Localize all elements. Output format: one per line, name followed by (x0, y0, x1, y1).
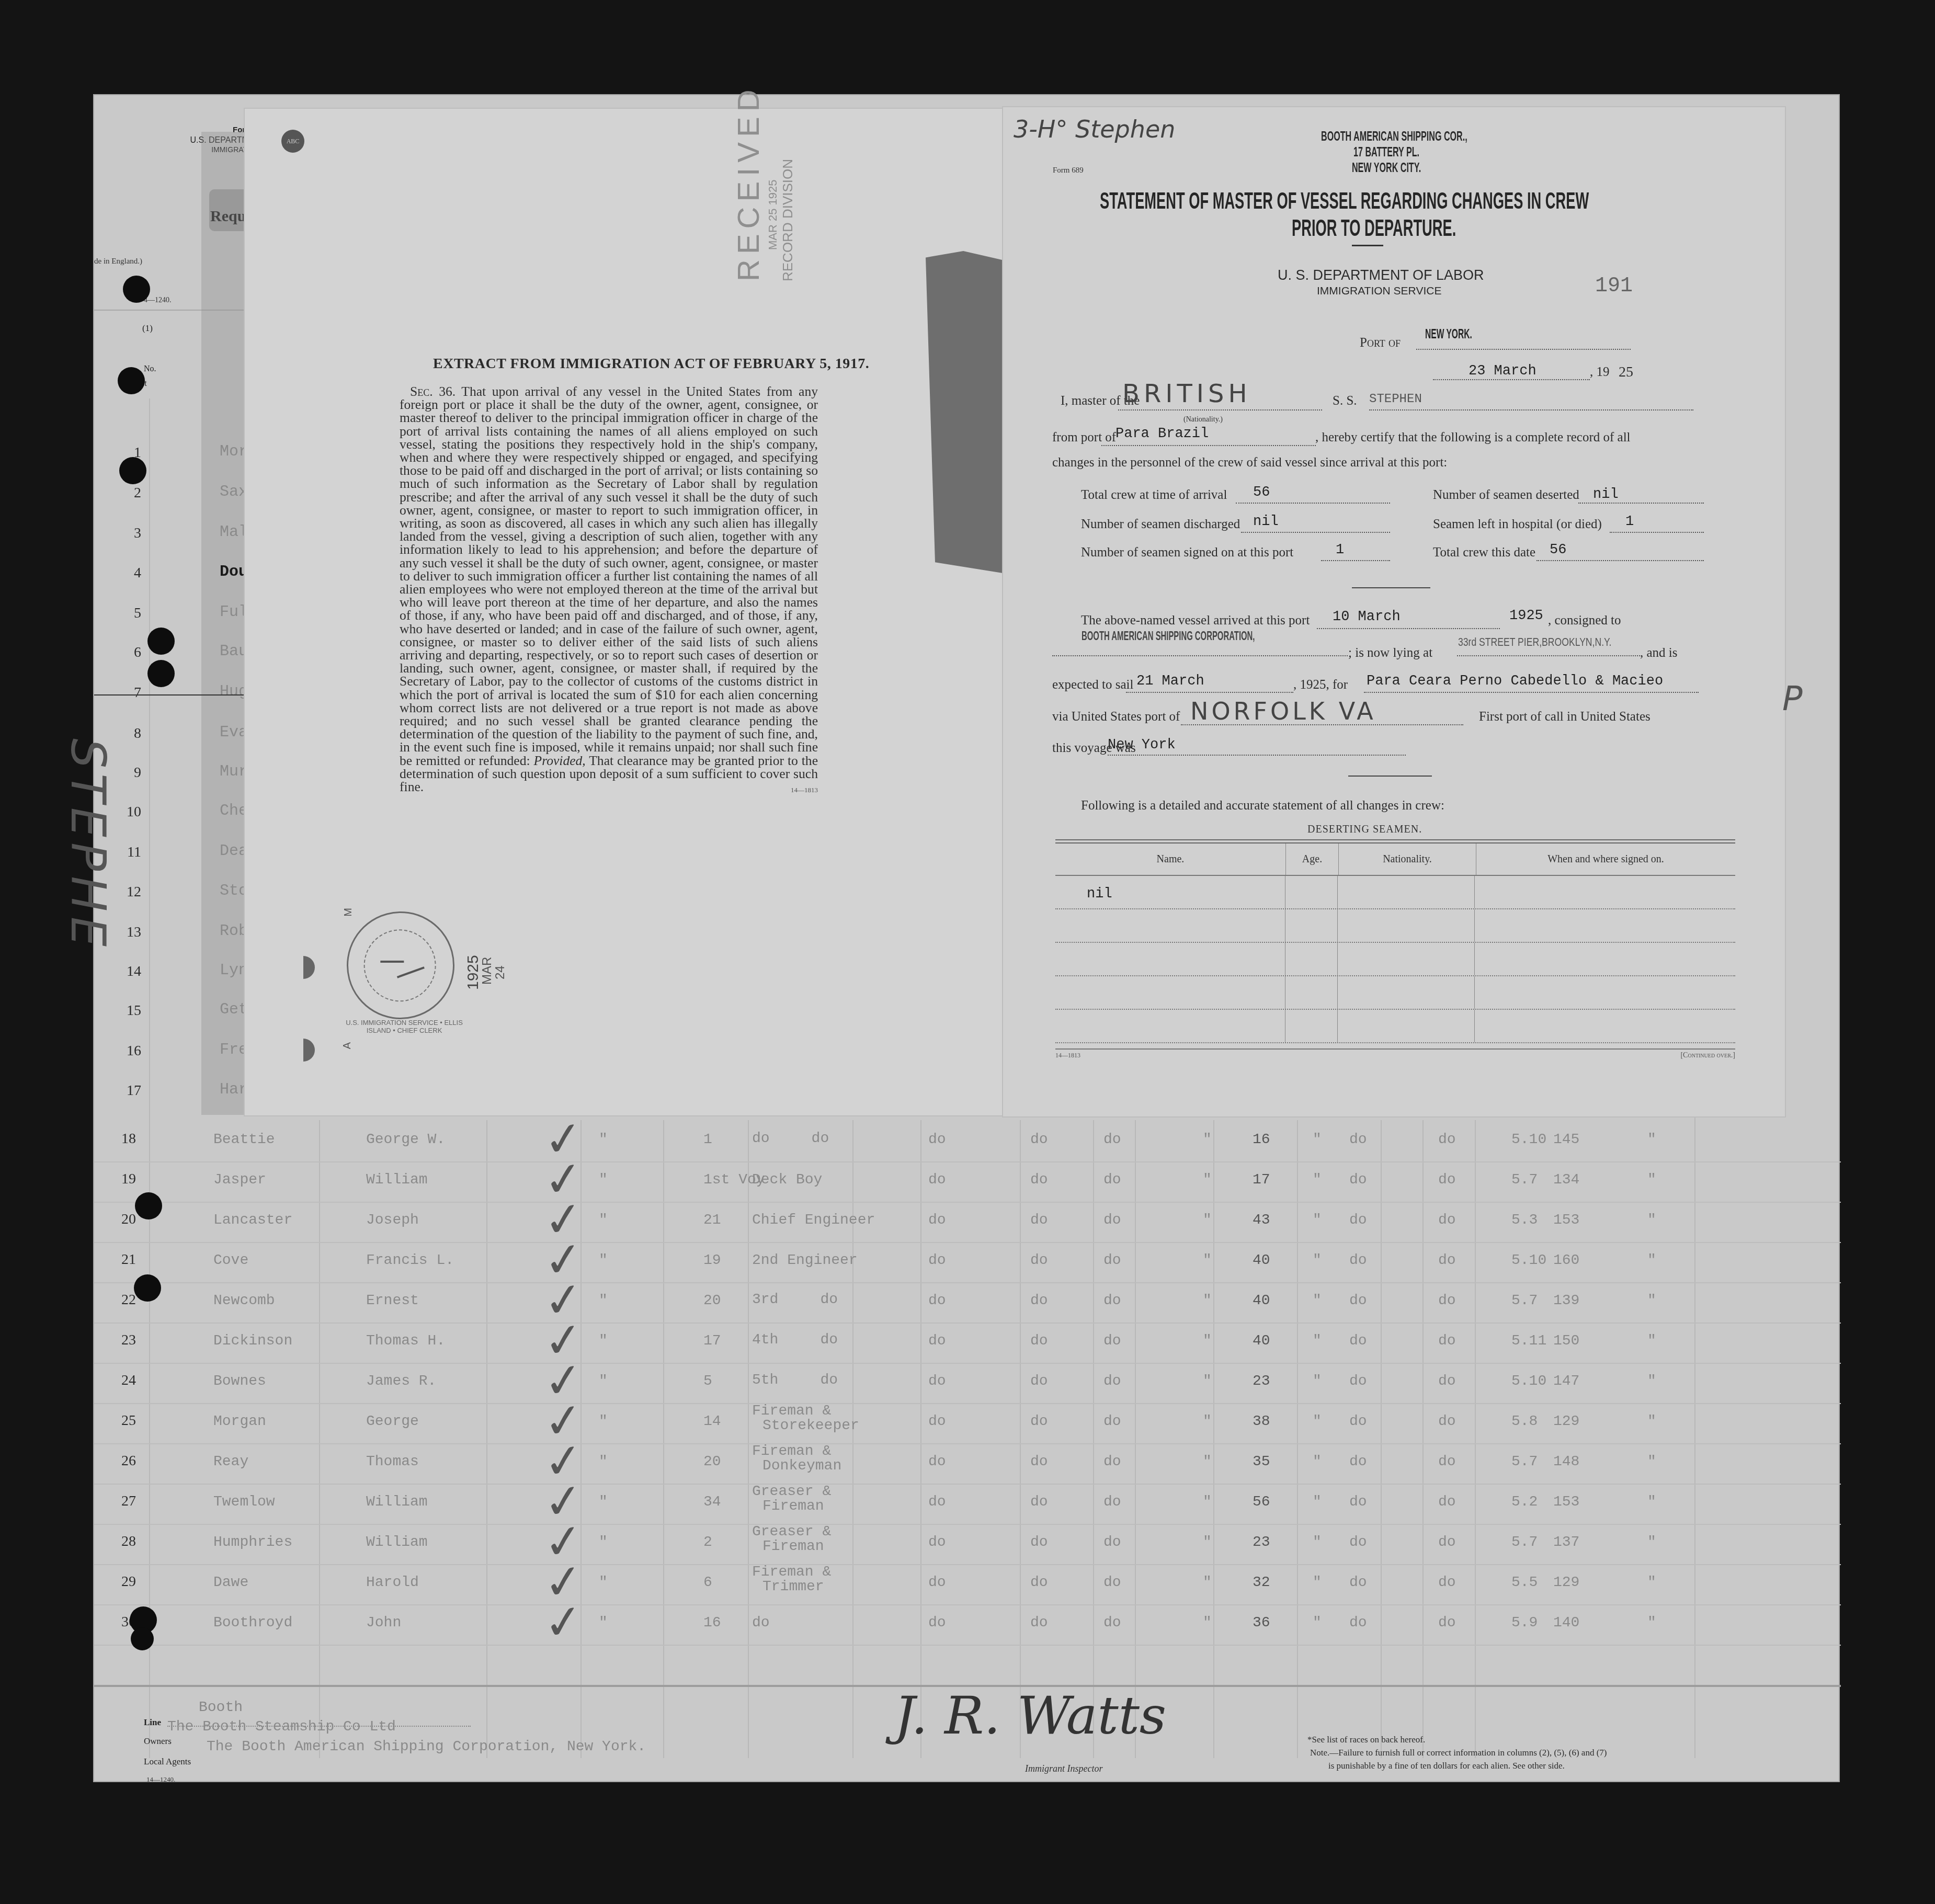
cell-height: 5.10 (1511, 1132, 1546, 1148)
table-row: 30BoothroydJohn"16dodododo"36"dodo5.9140… (94, 1604, 1841, 1646)
cell-age: 32 (1253, 1575, 1270, 1591)
cell-q2: " (1313, 1575, 1322, 1591)
deserting-title: DESERTING SEAMEN. (1307, 824, 1422, 836)
cell-c2: do (1030, 1373, 1048, 1389)
cell-voyages: 20 (703, 1454, 721, 1470)
cell-voyages: 6 (703, 1575, 712, 1591)
cell-c4: do (1349, 1132, 1367, 1148)
cell-surname: Dickinson (213, 1333, 292, 1349)
cell-surname: Bownes (213, 1373, 266, 1389)
cell-voyages: 5 (703, 1373, 712, 1389)
nationality-caption: (Nationality.) (1183, 416, 1223, 424)
cell-given: William (366, 1494, 428, 1510)
sail-value: 21 March (1136, 674, 1204, 689)
row-number: 6 (105, 644, 141, 661)
punch-hole (134, 1274, 161, 1302)
cell-weight: 134 (1553, 1172, 1579, 1188)
cell-c4: do (1349, 1534, 1367, 1550)
statement-sheet: 3-H° Stephen BOOTH AMERICAN SHIPPING COR… (1003, 107, 1785, 1116)
cell-q1: " (1203, 1534, 1212, 1550)
date-value: 23 March (1469, 363, 1536, 379)
punch-hole-label: ABC (281, 130, 304, 153)
cell-c1: do (928, 1172, 946, 1188)
cell-height: 5.10 (1511, 1252, 1546, 1269)
cell-position: 2nd Engineer (752, 1252, 858, 1269)
cell-c5: do (1438, 1212, 1456, 1228)
cell-q1: " (1203, 1172, 1212, 1188)
form-code: 4—1240. (144, 297, 172, 305)
cell-surname: Reay (213, 1454, 248, 1470)
cell-q3: " (1647, 1132, 1656, 1148)
row-number: 20 (99, 1211, 136, 1228)
table-row: 22NewcombErnest"203rddodododo"40"dodo5.7… (94, 1282, 1841, 1324)
cell-given: Thomas H. (366, 1333, 445, 1349)
owners-value: The Booth Steamship Co Ltd (167, 1719, 396, 1735)
cell-ditto: " (599, 1454, 608, 1470)
extract-title: EXTRACT FROM IMMIGRATION ACT OF FEBRUARY… (433, 356, 869, 372)
cell-position: Greaser &Fireman (752, 1525, 831, 1554)
cell-ditto: " (599, 1333, 608, 1349)
cell-surname: Boothroyd (213, 1615, 292, 1631)
cell-surname: Newcomb (213, 1293, 275, 1309)
received-stamp: RECEIVED MAR 25 1925 RECORD DIVISION (731, 84, 796, 281)
cell-position: Deck Boy (752, 1172, 822, 1188)
surname: Fre (220, 1041, 248, 1059)
company-stamp: BOOTH AMERICAN SHIPPING COR., 17 BATTERY… (1321, 128, 1467, 175)
document-number: 191 (1595, 275, 1633, 298)
cell-c3: do (1103, 1615, 1121, 1631)
table-row: 18BeattieGeorge W."1dododododo"16"dodo5.… (94, 1121, 1841, 1162)
cell-c1: do (928, 1212, 946, 1228)
cell-q3: " (1647, 1615, 1656, 1631)
row-number: 19 (99, 1171, 136, 1188)
cell-surname: Dawe (213, 1575, 248, 1591)
cell-q2: " (1313, 1494, 1322, 1510)
cell-c4: do (1349, 1172, 1367, 1188)
deserting-row (1055, 976, 1735, 1010)
cell-position: Fireman &Trimmer (752, 1565, 831, 1594)
col-header-name: Name. (1055, 843, 1286, 875)
deserting-cell: nil (1055, 876, 1285, 908)
cell-position: Fireman &Donkeyman (752, 1444, 841, 1474)
cell-position: Fireman &Storekeeper (752, 1404, 859, 1433)
cell-weight: 137 (1553, 1534, 1579, 1550)
cell-q3: " (1647, 1373, 1656, 1389)
punch-hole (123, 276, 150, 303)
cell-q1: " (1203, 1252, 1212, 1269)
statement-form-code: 14—1813 (1055, 1052, 1080, 1060)
inspector-signature: J. R. Watts (894, 1685, 1166, 1746)
stat-label-deserted: Number of seamen deserted (1433, 488, 1579, 503)
cell-voyages: 1 (703, 1132, 712, 1148)
punch-hole (147, 660, 175, 687)
cell-surname: Humphries (213, 1534, 292, 1550)
lying-value: 33rd STREET PIER,BROOKLYN,N.Y. (1458, 635, 1611, 649)
cell-c2: do (1030, 1293, 1048, 1309)
deserting-cell (1055, 943, 1285, 975)
cell-c2: do (1030, 1494, 1048, 1510)
table-row: 29DaweHarold"6Fireman &Trimmerdododo"32"… (94, 1564, 1841, 1605)
cell-height: 5.3 (1511, 1212, 1538, 1228)
row-number: 4 (105, 565, 141, 582)
cell-q2: " (1313, 1132, 1322, 1148)
cell-c5: do (1438, 1132, 1456, 1148)
cell-c3: do (1103, 1575, 1121, 1591)
cell-q3: " (1647, 1454, 1656, 1470)
cell-c5: do (1438, 1413, 1456, 1430)
cell-c2: do (1030, 1615, 1048, 1631)
cell-c1: do (928, 1534, 946, 1550)
cell-c3: do (1103, 1212, 1121, 1228)
cell-weight: 153 (1553, 1494, 1579, 1510)
stat-label-discharged: Number of seamen discharged (1081, 517, 1240, 532)
deserting-cell (1055, 1010, 1285, 1042)
cell-ditto: " (599, 1534, 608, 1550)
col-header-signed-on: When and where signed on. (1476, 843, 1735, 875)
via-label: via United States port of (1052, 710, 1180, 724)
consignee-value: BOOTH AMERICAN SHIPPING CORPORATION, (1082, 629, 1255, 644)
cell-height: 5.11 (1511, 1333, 1546, 1349)
statement-title-line1: STATEMENT OF MASTER OF VESSEL REGARDING … (1100, 188, 1589, 214)
cell-height: 5.10 (1511, 1373, 1546, 1389)
cell-ditto: " (599, 1494, 608, 1510)
row-number: 29 (99, 1574, 136, 1590)
cell-c1: do (928, 1494, 946, 1510)
deserting-seamen-table: Name. Age. Nationality. When and where s… (1055, 839, 1735, 1060)
margin-initial: P (1782, 680, 1803, 719)
following-text: Following is a detailed and accurate sta… (1081, 799, 1444, 813)
handwritten-reference: 3-H° Stephen (1014, 115, 1175, 143)
stat-label-arrival: Total crew at time of arrival (1081, 488, 1227, 503)
cell-c4: do (1349, 1454, 1367, 1470)
row-number: 5 (105, 605, 141, 622)
cell-age: 56 (1253, 1494, 1270, 1510)
cell-position: 4thdo (752, 1333, 838, 1348)
cell-c4: do (1349, 1373, 1367, 1389)
extract-body: Sec. 36. That upon arrival of any vessel… (400, 385, 818, 796)
punch-hole (292, 956, 315, 979)
cell-given: William (366, 1534, 428, 1550)
from-port-label: from port of (1052, 430, 1116, 445)
clock-date-stamp: U.S. IMMIGRATION SERVICE • ELLIS ISLAND … (347, 911, 454, 1019)
cell-c4: do (1349, 1212, 1367, 1228)
note-line-1: Note.—Failure to furnish full or correct… (1310, 1748, 1607, 1758)
deserting-cell (1475, 909, 1735, 942)
punch-hole (135, 1192, 162, 1219)
stat-value-arrival: 56 (1253, 485, 1270, 500)
service-label: IMMIGRATION SERVICE (1317, 285, 1441, 298)
cell-c5: do (1438, 1575, 1456, 1591)
cell-age: 40 (1253, 1252, 1270, 1269)
cell-weight: 148 (1553, 1454, 1579, 1470)
from-port-value: Para Brazil (1116, 426, 1209, 442)
nationality-value: BRITISH (1122, 379, 1251, 408)
cell-age: 16 (1253, 1132, 1270, 1148)
cell-q2: " (1313, 1373, 1322, 1389)
deserting-cell (1475, 1010, 1735, 1042)
cell-height: 5.9 (1511, 1615, 1538, 1631)
cell-weight: 145 (1553, 1132, 1579, 1148)
cell-height: 5.8 (1511, 1413, 1538, 1430)
cell-q3: " (1647, 1212, 1656, 1228)
cell-c1: do (928, 1293, 946, 1309)
cell-c2: do (1030, 1172, 1048, 1188)
row-number: 28 (99, 1533, 136, 1550)
sail-year: , 1925, for (1293, 678, 1348, 692)
punch-hole (292, 1039, 315, 1062)
cell-c5: do (1438, 1615, 1456, 1631)
cell-age: 36 (1253, 1615, 1270, 1631)
cell-q3: " (1647, 1172, 1656, 1188)
row-number: 11 (105, 844, 141, 861)
cell-ditto: " (599, 1132, 608, 1148)
cell-given: Francis L. (366, 1252, 454, 1269)
form-number: Form 689 (1053, 166, 1084, 175)
cell-c3: do (1103, 1132, 1121, 1148)
statement-title-line2: PRIOR TO DEPARTURE. (1292, 215, 1456, 242)
cell-position: 5thdo (752, 1373, 838, 1388)
cell-c2: do (1030, 1252, 1048, 1269)
cell-c3: do (1103, 1333, 1121, 1349)
cell-voyages: 19 (703, 1252, 721, 1269)
cell-surname: Beattie (213, 1132, 275, 1148)
stat-value-signed-on: 1 (1336, 542, 1344, 558)
cell-age: 17 (1253, 1172, 1270, 1188)
cell-q1: " (1203, 1575, 1212, 1591)
cell-c2: do (1030, 1534, 1048, 1550)
via-value: NORFOLK VA (1190, 697, 1376, 725)
row-number: 18 (99, 1131, 136, 1147)
cell-c5: do (1438, 1454, 1456, 1470)
cell-q2: " (1313, 1454, 1322, 1470)
deserting-cell (1285, 909, 1338, 942)
deserting-cell (1055, 909, 1285, 942)
cell-height: 5.7 (1511, 1454, 1538, 1470)
table-row: 20LancasterJoseph"21Chief Engineerdododo… (94, 1202, 1841, 1243)
cell-q1: " (1203, 1132, 1212, 1148)
cell-c1: do (928, 1454, 946, 1470)
cell-c5: do (1438, 1252, 1456, 1269)
cell-voyages: 16 (703, 1615, 721, 1631)
cell-q2: " (1313, 1252, 1322, 1269)
voyage-value: New York (1108, 737, 1176, 753)
destinations-value: Para Ceara Perno Cabedello & Macieo (1367, 674, 1663, 689)
cell-q1: " (1203, 1494, 1212, 1510)
cell-weight: 160 (1553, 1252, 1579, 1269)
cell-c1: do (928, 1333, 946, 1349)
extract-sheet: ABC RECEIVED MAR 25 1925 RECORD DIVISION… (245, 109, 1008, 1115)
cell-c4: do (1349, 1252, 1367, 1269)
row-number: 3 (105, 525, 141, 542)
cell-age: 35 (1253, 1454, 1270, 1470)
cell-weight: 129 (1553, 1575, 1579, 1591)
cell-age: 38 (1253, 1413, 1270, 1430)
cell-q2: " (1313, 1333, 1322, 1349)
cell-q3: " (1647, 1333, 1656, 1349)
deserting-cell (1338, 976, 1475, 1009)
changes-text: changes in the personnel of the crew of … (1052, 455, 1447, 470)
cell-q2: " (1313, 1293, 1322, 1309)
port-value: NEW YORK. (1425, 326, 1472, 342)
cell-height: 5.5 (1511, 1575, 1538, 1591)
table-row: 26ReayThomas"20Fireman &Donkeymandododo"… (94, 1443, 1841, 1485)
cell-q1: " (1203, 1293, 1212, 1309)
cell-position: Greaser &Fireman (752, 1485, 831, 1514)
cell-c5: do (1438, 1172, 1456, 1188)
deserting-cell (1338, 909, 1475, 942)
cell-q2: " (1313, 1212, 1322, 1228)
first-port-label: First port of call in United States (1479, 710, 1651, 724)
cell-ditto: " (599, 1212, 608, 1228)
cell-c3: do (1103, 1252, 1121, 1269)
cell-given: George W. (366, 1132, 445, 1148)
row-number: 12 (105, 884, 141, 900)
cell-age: 40 (1253, 1293, 1270, 1309)
row-number: 17 (105, 1082, 141, 1099)
cell-c1: do (928, 1252, 946, 1269)
cell-c3: do (1103, 1413, 1121, 1430)
cell-given: Ernest (366, 1293, 419, 1309)
owners-label: Owners (144, 1736, 172, 1747)
cell-q2: " (1313, 1413, 1322, 1430)
arrived-year: 1925 (1509, 608, 1543, 624)
cell-age: 23 (1253, 1534, 1270, 1550)
made-in-label: de in England.) (94, 257, 142, 266)
year-prefix: , 19 (1590, 365, 1610, 380)
cell-c4: do (1349, 1413, 1367, 1430)
column-1-label: (1) (142, 323, 153, 334)
cell-height: 5.7 (1511, 1293, 1538, 1309)
deserting-row (1055, 1010, 1735, 1043)
cell-c4: do (1349, 1293, 1367, 1309)
cell-surname: Jasper (213, 1172, 266, 1188)
cell-surname: Lancaster (213, 1212, 292, 1228)
cell-c3: do (1103, 1172, 1121, 1188)
deserting-cell (1055, 976, 1285, 1009)
row-number: 26 (99, 1453, 136, 1469)
stat-value-deserted: nil (1593, 487, 1619, 503)
cell-weight: 139 (1553, 1293, 1579, 1309)
stat-label-total-today: Total crew this date (1433, 545, 1535, 560)
department-label: U. S. DEPARTMENT OF LABOR (1278, 267, 1484, 283)
cell-c2: do (1030, 1333, 1048, 1349)
deserting-row (1055, 909, 1735, 943)
and-is-label: , and is (1640, 646, 1678, 660)
footer-form-code: 14—1240. (146, 1775, 175, 1784)
agents-label: Local Agents (144, 1757, 191, 1767)
cell-voyages: 14 (703, 1413, 721, 1430)
surname: Get (220, 1001, 248, 1019)
row-number: 23 (99, 1332, 136, 1349)
row-number: 27 (99, 1493, 136, 1510)
cell-c2: do (1030, 1413, 1048, 1430)
agents-value: The Booth American Shipping Corporation,… (207, 1739, 646, 1755)
cell-age: 43 (1253, 1212, 1270, 1228)
surname: Har (220, 1081, 248, 1099)
table-row: 23DickinsonThomas H."174thdodododo"40"do… (94, 1322, 1841, 1364)
cell-q2: " (1313, 1172, 1322, 1188)
cell-q2: " (1313, 1615, 1322, 1631)
cell-c4: do (1349, 1615, 1367, 1631)
cell-q1: " (1203, 1373, 1212, 1389)
table-row: 27TwemlowWilliam"34Greaser &Firemandodod… (94, 1484, 1841, 1525)
row-number: 15 (105, 1002, 141, 1019)
cell-q1: " (1203, 1615, 1212, 1631)
cell-q3: " (1647, 1252, 1656, 1269)
deserting-cell (1285, 876, 1338, 908)
ss-label: S. S. (1333, 394, 1357, 408)
deserting-cell (1285, 943, 1338, 975)
cell-c5: do (1438, 1333, 1456, 1349)
extract-code: 14—1813 (791, 783, 818, 796)
cell-voyages: 17 (703, 1333, 721, 1349)
cell-position: Chief Engineer (752, 1212, 875, 1228)
cell-given: William (366, 1172, 428, 1188)
row-number: 13 (105, 924, 141, 941)
cell-age: 40 (1253, 1333, 1270, 1349)
cell-c4: do (1349, 1494, 1367, 1510)
cell-given: James R. (366, 1373, 436, 1389)
consigned-label: , consigned to (1548, 613, 1621, 628)
punch-hole (119, 457, 146, 484)
deserting-row (1055, 943, 1735, 976)
signature-title: Immigrant Inspector (1025, 1763, 1102, 1774)
cell-weight: 150 (1553, 1333, 1579, 1349)
punch-hole (118, 367, 145, 394)
cell-c5: do (1438, 1373, 1456, 1389)
cell-c5: do (1438, 1293, 1456, 1309)
cell-c3: do (1103, 1494, 1121, 1510)
row-number: 21 (99, 1251, 136, 1268)
cell-surname: Twemlow (213, 1494, 275, 1510)
surname: Lyn (220, 962, 248, 979)
cell-c4: do (1349, 1575, 1367, 1591)
deserting-cell (1285, 976, 1338, 1009)
cell-given: Joseph (366, 1212, 419, 1228)
cell-q3: " (1647, 1575, 1656, 1591)
deserting-row: nil (1055, 876, 1735, 909)
cell-voyages: 2 (703, 1534, 712, 1550)
punch-hole (147, 628, 175, 655)
deserting-cell (1338, 876, 1475, 908)
row-number: 25 (99, 1412, 136, 1429)
cell-c1: do (928, 1132, 946, 1148)
note-line-2: is punishable by a fine of ten dollars f… (1328, 1761, 1565, 1771)
cell-c2: do (1030, 1454, 1048, 1470)
cell-ditto: " (599, 1252, 608, 1269)
row-number: 2 (105, 485, 141, 501)
cell-surname: Morgan (213, 1413, 266, 1430)
cell-q3: " (1647, 1534, 1656, 1550)
line-label: Line (144, 1717, 161, 1728)
cell-q3: " (1647, 1293, 1656, 1309)
table-row: 28HumphriesWilliam"2Greaser &Firemandodo… (94, 1524, 1841, 1565)
port-label: Port of (1360, 336, 1401, 350)
cell-weight: 147 (1553, 1373, 1579, 1389)
cell-c1: do (928, 1373, 946, 1389)
cell-position: dodo (752, 1132, 829, 1146)
row-number: 24 (99, 1372, 136, 1389)
table-row: 21CoveFrancis L."192nd Engineerdododo"40… (94, 1242, 1841, 1283)
col-header-age: Age. (1286, 843, 1339, 875)
cell-age: 23 (1253, 1373, 1270, 1389)
cell-ditto: " (599, 1575, 608, 1591)
stat-value-discharged: nil (1253, 514, 1279, 530)
cell-ditto: " (599, 1615, 608, 1631)
cell-ditto: " (599, 1172, 608, 1188)
cell-height: 5.7 (1511, 1534, 1538, 1550)
deserting-cell (1475, 876, 1735, 908)
